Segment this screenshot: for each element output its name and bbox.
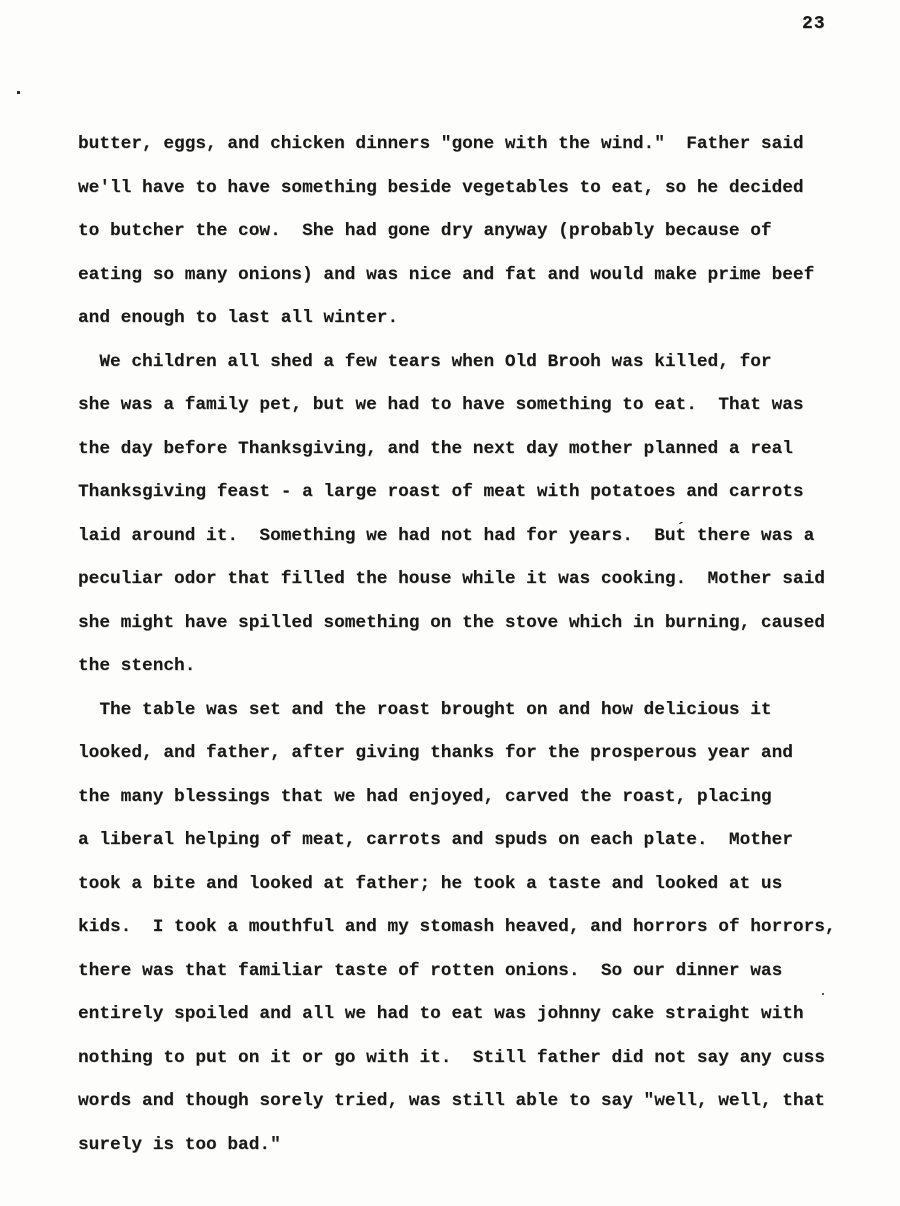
text-line: surely is too bad." xyxy=(78,1135,868,1179)
stray-ink-mark xyxy=(822,993,824,995)
text-line: eating so many onions) and was nice and … xyxy=(78,265,868,309)
text-line: looked, and father, after giving thanks … xyxy=(78,743,868,787)
text-line: The table was set and the roast brought … xyxy=(78,700,868,744)
stray-ink-mark xyxy=(17,91,20,94)
text-line: the day before Thanksgiving, and the nex… xyxy=(78,439,868,483)
text-line: we'll have to have something beside vege… xyxy=(78,178,868,222)
text-line: there was that familiar taste of rotten … xyxy=(78,961,868,1005)
page-number: 23 xyxy=(802,14,826,34)
text-line: entirely spoiled and all we had to eat w… xyxy=(78,1004,868,1048)
text-line: she was a family pet, but we had to have… xyxy=(78,395,868,439)
text-line: We children all shed a few tears when Ol… xyxy=(78,352,868,396)
text-line: a liberal helping of meat, carrots and s… xyxy=(78,830,868,874)
text-line: laid around it. Something we had not had… xyxy=(78,526,868,570)
text-line: nothing to put on it or go with it. Stil… xyxy=(78,1048,868,1092)
text-line: she might have spilled something on the … xyxy=(78,613,868,657)
text-line: took a bite and looked at father; he too… xyxy=(78,874,868,918)
text-line: to butcher the cow. She had gone dry any… xyxy=(78,221,868,265)
text-line: words and though sorely tried, was still… xyxy=(78,1091,868,1135)
stray-accent-mark: ´ xyxy=(676,520,686,538)
document-page: 23 butter, eggs, and chicken dinners "go… xyxy=(0,0,900,1206)
text-line: butter, eggs, and chicken dinners "gone … xyxy=(78,134,868,178)
text-line: the stench. xyxy=(78,656,868,700)
text-line: kids. I took a mouthful and my stomash h… xyxy=(78,917,868,961)
text-line: Thanksgiving feast - a large roast of me… xyxy=(78,482,868,526)
text-line: and enough to last all winter. xyxy=(78,308,868,352)
text-line: peculiar odor that filled the house whil… xyxy=(78,569,868,613)
text-line: the many blessings that we had enjoyed, … xyxy=(78,787,868,831)
document-body: butter, eggs, and chicken dinners "gone … xyxy=(78,134,868,1178)
